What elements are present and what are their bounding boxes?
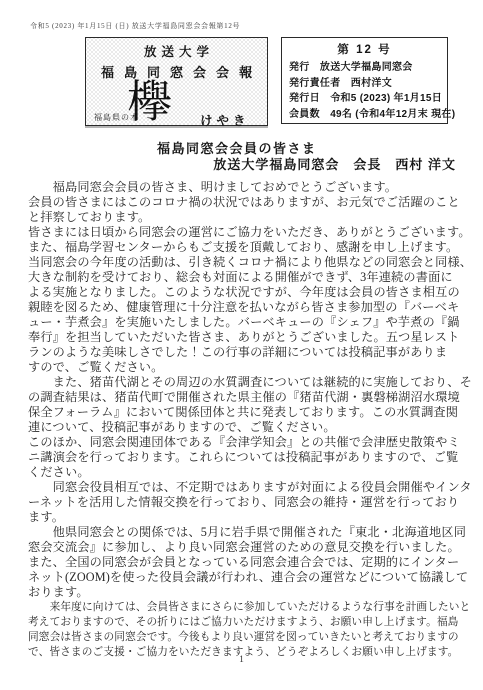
- body-line: ーネットを活用した情報交換を行っており、同窓会の維持・運営を行っており: [28, 495, 461, 510]
- body-line: 来年度に向けては、会員皆さまにさらに参加していただけるような行事を計画したいと: [28, 600, 461, 615]
- issue-info-box: 第 12 号 発行 放送大学福島同窓会 発行責任者 西村洋文 発行日 令和5 (…: [281, 37, 448, 124]
- issue-membership-row: 会員数 49名 (令和4年12月末 現在): [289, 107, 440, 123]
- body-line: ネット(ZOOM)を使った役員会議が行われ、連合会の運営などについて協議して: [28, 570, 461, 585]
- body-line: 考えておりますので、その折りにはご協力いただけますよう、お願い申し上げます。福島: [28, 615, 461, 630]
- body-line: 福島同窓会会員の皆さま、明けましておめでとうございます。: [28, 180, 461, 195]
- body-line: おります。: [28, 585, 461, 600]
- issue-editor-row: 発行責任者 西村洋文: [289, 76, 440, 92]
- body-line: ランのような美味しさでした！この行事の詳細については投稿記事がありま: [28, 345, 461, 360]
- body-line: 皆さまには日頃から同窓会の運営にご協力をいただき、ありがとうございます。: [28, 225, 461, 240]
- body-text: 福島同窓会会員の皆さま、明けましておめでとうございます。会員の皆さまにはこのコロ…: [28, 180, 461, 660]
- body-line: 大きな制約を受けており、総会も対面による開催ができず、3年連続の書面に: [28, 270, 461, 285]
- body-line: 当同窓会の今年度の活動は、引き続くコロナ禍により他県などの同窓会と同様、: [28, 255, 461, 270]
- issue-number: 第 12 号: [289, 43, 440, 58]
- body-line: 保全フォーラム』において関係団体と共に発表しております。この水質調査関: [28, 405, 461, 420]
- body-line: の調査結果は、猪苗代町で開催された県主催の『猪苗代湖・裏磐梯湖沼水環境: [28, 390, 461, 405]
- issue-publisher-row: 発行 放送大学福島同窓会: [289, 60, 440, 76]
- body-line: 親睦を図るため、健康管理に十分注意を払いながら皆さま参加型の『バーベキ: [28, 300, 461, 315]
- body-line: 会員の皆さまにはこのコロナ禍の状況ではありますが、お元気でご活躍のこと: [28, 195, 461, 210]
- body-line: 同窓会は皆さまの同窓会です。今後もより良い運営を図っていきたいと考えておりますの: [28, 630, 461, 645]
- page-number: 1: [0, 655, 483, 665]
- body-line: 他県同窓会との関係では、5月に岩手県で開催された『東北・北海道地区同: [28, 525, 461, 540]
- body-line: 同窓会役員相互では、不定期ではありますが対面による役員会開催やインタ: [28, 480, 461, 495]
- issue-date-row: 発行日 令和5 (2023) 年1月15日: [289, 91, 440, 107]
- body-line: また、猪苗代湖とその周辺の水質調査については継続的に実施しており、そ: [28, 375, 461, 390]
- body-line: すので、ご覧ください。: [28, 360, 461, 375]
- masthead-box: 放送大学 福島同窓会会報 福島県の木 欅 けやき: [85, 37, 268, 126]
- body-line: ます。: [28, 510, 461, 525]
- body-line: ニ講演会を行っております。これらについては投稿記事がありますので、ご覧: [28, 450, 461, 465]
- body-line: このほか、同窓会関連団体である『会津学知会』との共催で会津歴史散策やミ: [28, 435, 461, 450]
- masthead-university-name: 放送大学: [86, 42, 267, 60]
- page-header-date-line: 令和5 (2023) 年1月15日 (日) 放送大学福島同窓会会報第12号: [30, 21, 240, 31]
- body-line: 窓会交流会』に参加し、より良い同窓会運営のための意見交換を行いました。: [28, 540, 461, 555]
- keyaki-kanji: 欅: [127, 80, 172, 125]
- body-line: ュー・芋煮会』を実施いたしました。バーベキューの『シェフ』や芋煮の『鍋: [28, 315, 461, 330]
- body-line: 連について、投稿記事がありますので、ご覧ください。: [28, 420, 461, 435]
- body-line: ください。: [28, 465, 461, 480]
- newsletter-page: 令和5 (2023) 年1月15日 (日) 放送大学福島同窓会会報第12号 放送…: [0, 0, 483, 690]
- masthead-bulletin-title: 福島同窓会会報: [86, 62, 267, 81]
- body-line: よる実施となりました。このような状況ですが、今年度は会員の皆さま相互の: [28, 285, 461, 300]
- body-line: と拝察しております。: [28, 210, 461, 225]
- keyaki-reading: けやき: [200, 111, 250, 129]
- greeting-byline: 放送大学福島同窓会 会長 西村 洋文: [28, 154, 456, 173]
- body-line: 奉行』を担当していただいた皆さま、ありがとうございました。五つ星レスト: [28, 330, 461, 345]
- body-line: また、福島学習センターからもご支援を頂戴しており、感謝を申し上げます。: [28, 240, 461, 255]
- body-line: また、全国の同窓会が会員となっている同窓会連合会では、定期的にインター: [28, 555, 461, 570]
